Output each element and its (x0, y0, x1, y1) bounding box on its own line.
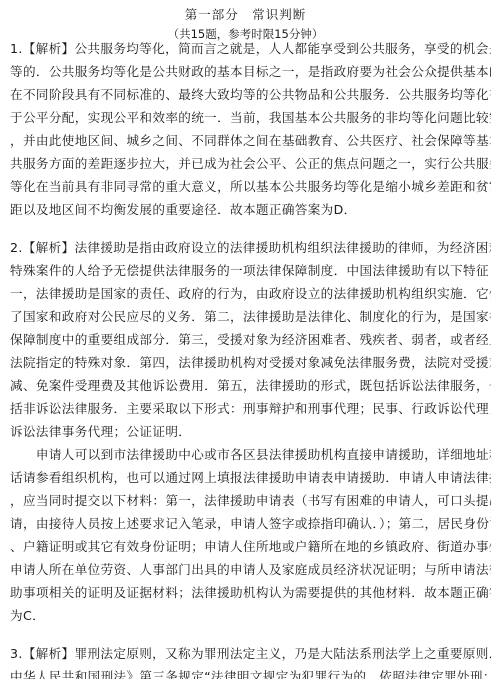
text-line: 保障制度中的重要组成部分．第三，受援对象为经济困难者、残疾者、弱者，或者经人民 (10, 332, 483, 348)
text-line: 1.【解析】公共服务均等化，简而言之就是，人人都能享受到公共服务，享受的机会是平 (10, 41, 483, 57)
text-line: 括非诉讼法律服务．主要采取以下形式：刑事辩护和刑事代理；民事、行政诉讼代理；非 (10, 401, 483, 417)
text-line: 了国家和政府对公民应尽的义务．第二，法律援助是法律化、制度化的行为，是国家社会 (10, 309, 483, 325)
text-line: 为C． (10, 608, 483, 624)
text-line: 申请人所在单位劳资、人事部门出具的申请人及家庭成员经济状况证明；与所申请法律援 (10, 562, 483, 578)
text-line: 请，由接待人员按上述要求记入笔录，申请人签字或捺指印确认．）；第二，居民身份证 (10, 516, 483, 532)
section-subtitle: （共15题，参考时限15分钟） (0, 26, 491, 42)
text-line: 等的．公共服务均等化是公共财政的基本目标之一，是指政府要为社会公众提供基本的、 (10, 64, 483, 80)
text-line: 距以及地区间不均衡发展的重要途径．故本题正确答案为D． (10, 202, 483, 218)
text-line: 在不同阶段具有不同标准的、最终大致均等的公共物品和公共服务．公共服务均等化有助 (10, 87, 483, 103)
text-line: 一，法律援助是国家的责任、政府的行为，由政府设立的法律援助机构组织实施．它体现 (10, 286, 483, 302)
text-line: 2.【解析】法律援助是指由政府设立的法律援助机构组织法律援助的律师，为经济困难或 (10, 240, 483, 256)
text-line: 法院指定的特殊对象．第四，法律援助机构对受援对象减免法律服务费，法院对受援对象 (10, 355, 483, 371)
document-page: 第一部分 常识判断 （共15题，参考时限15分钟） 1.【解析】公共服务均等化，… (0, 0, 491, 679)
text-line: 诉讼法律事务代理；公证证明． (10, 424, 483, 440)
text-line: 申请人可以到市法律援助中心或市各区县法律援助机构直接申请援助，详细地址和电 (10, 447, 483, 463)
text-line: ，并由此使地区间、城乡之间、不同群体之间在基础教育、公共医疗、社会保障等基本公 (10, 133, 483, 149)
text-line: 话请参看组织机构，也可以通过网上填报法律援助申请表申请援助．申请人申请法律援助 (10, 470, 483, 486)
text-line: 特殊案件的人给予无偿提供法律服务的一项法律保障制度．中国法律援助有以下特征：第 (10, 263, 483, 279)
text-line: 3.【解析】罪刑法定原则，又称为罪刑法定主义，乃是大陆法系刑法学上之重要原则．《 (10, 646, 483, 662)
text-line: ，应当同时提交以下材料：第一，法律援助申请表（书写有困难的申请人，可口头提出申 (10, 493, 483, 509)
text-line: 助事项相关的证明及证据材料；法律援助机构认为需要提供的其他材料．故本题正确答案 (10, 585, 483, 601)
text-line: 减、免案件受理费及其他诉讼费用．第五，法律援助的形式，既包括诉讼法律服务，也包 (10, 378, 483, 394)
text-line: 于公平分配，实现公平和效率的统一．当前，我国基本公共服务的非均等化问题比较突出 (10, 110, 483, 126)
text-line: 、户籍证明或其它有效身份证明；申请人住所地或户籍所在地的乡镇政府、街道办事处或 (10, 539, 483, 555)
text-line: 中华人民共和国刑法》第三条规定“法律明文规定为犯罪行为的，依照法律定罪处刑；法 (10, 669, 483, 679)
text-line: 等化在当前具有非同寻常的重大意义，所以基本公共服务均等化是缩小城乡差距和贫富差 (10, 179, 483, 195)
text-line: 共服务方面的差距逐步拉大，并已成为社会公平、公正的焦点问题之一，实行公共服务均 (10, 156, 483, 172)
section-title: 第一部分 常识判断 (0, 7, 491, 23)
